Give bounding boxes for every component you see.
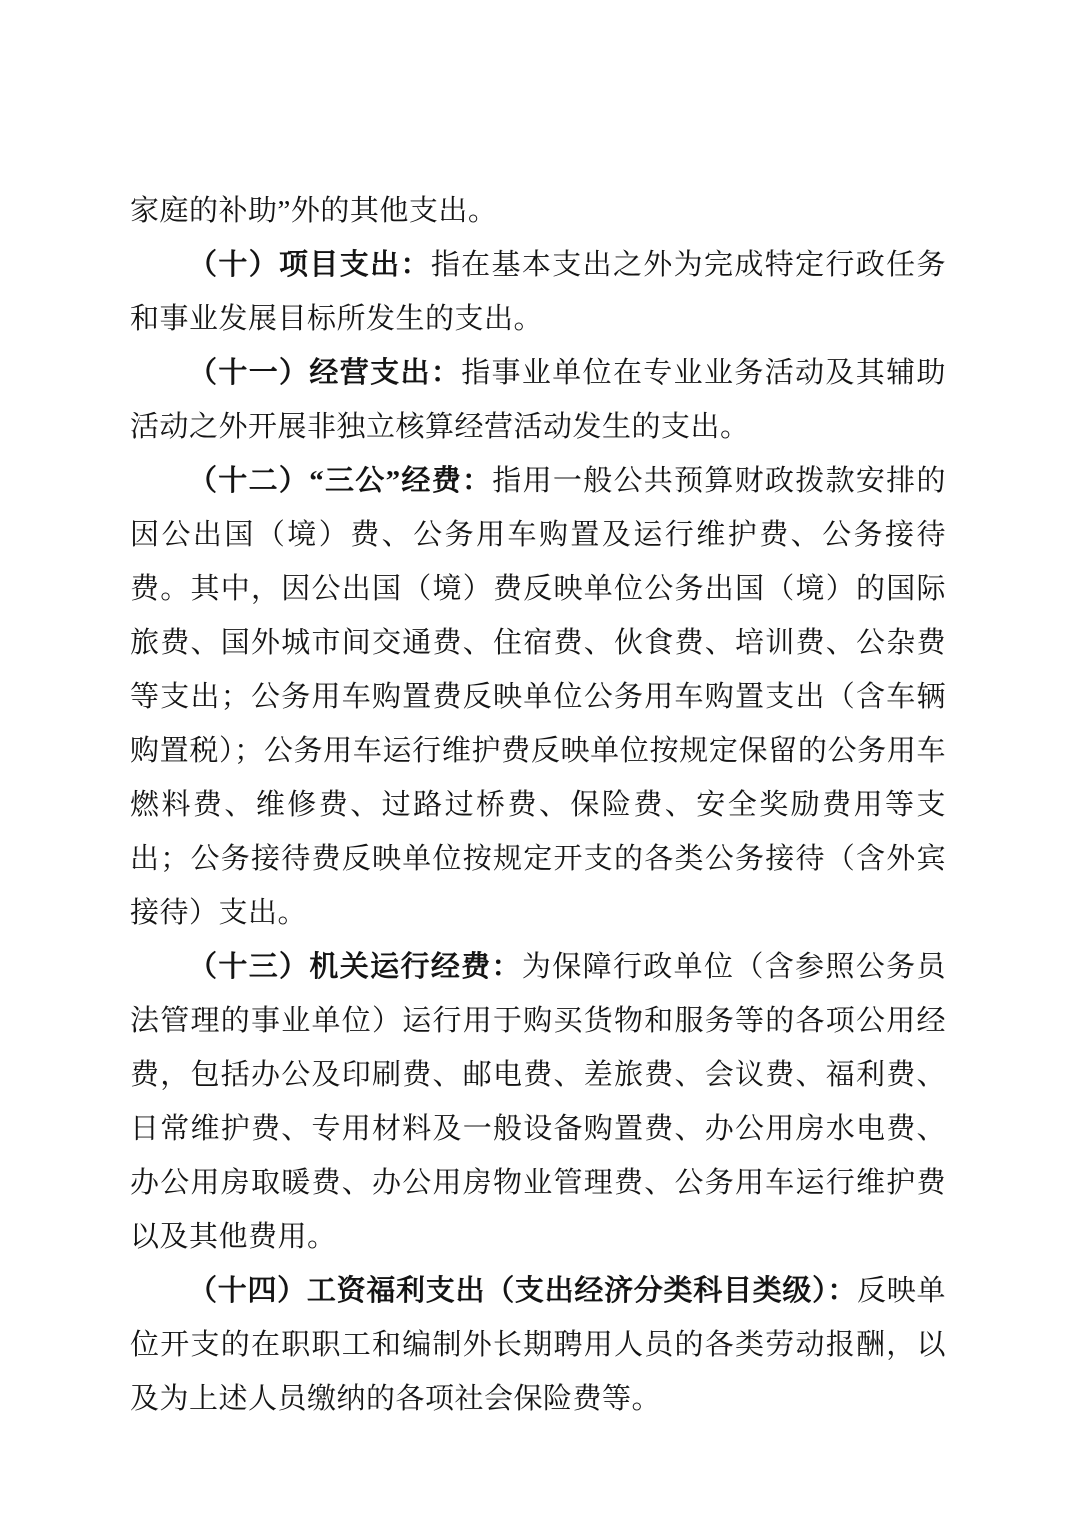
term-label: （十一）经营支出： [188,357,461,389]
document-body: 家庭的补助”外的其他支出。（十）项目支出：指在基本支出之外为完成特定行政任务和事… [130,184,946,1426]
paragraph: （十）项目支出：指在基本支出之外为完成特定行政任务和事业发展目标所发生的支出。 [130,238,946,346]
term-label: （十二）“三公”经费： [188,465,492,497]
term-label: （十四）工资福利支出（支出经济分类科目类级）： [188,1275,857,1307]
paragraph: （十一）经营支出：指事业单位在专业业务活动及其辅助活动之外开展非独立核算经营活动… [130,346,946,454]
text-segment: 指用一般公共预算财政拨款安排的因公出国（境）费、公务用车购置及运行维护费、公务接… [130,465,946,929]
paragraph: （十四）工资福利支出（支出经济分类科目类级）：反映单位开支的在职职工和编制外长期… [130,1264,946,1426]
document-page: 家庭的补助”外的其他支出。（十）项目支出：指在基本支出之外为完成特定行政任务和事… [0,0,1074,1520]
term-label: （十三）机关运行经费： [188,951,522,983]
paragraph: 家庭的补助”外的其他支出。 [130,184,946,238]
text-segment: 为保障行政单位（含参照公务员法管理的事业单位）运行用于购买货物和服务等的各项公用… [130,951,946,1253]
text-segment: 家庭的补助”外的其他支出。 [130,195,497,227]
paragraph: （十二）“三公”经费：指用一般公共预算财政拨款安排的因公出国（境）费、公务用车购… [130,454,946,940]
paragraph: （十三）机关运行经费：为保障行政单位（含参照公务员法管理的事业单位）运行用于购买… [130,940,946,1264]
term-label: （十）项目支出： [188,249,431,281]
